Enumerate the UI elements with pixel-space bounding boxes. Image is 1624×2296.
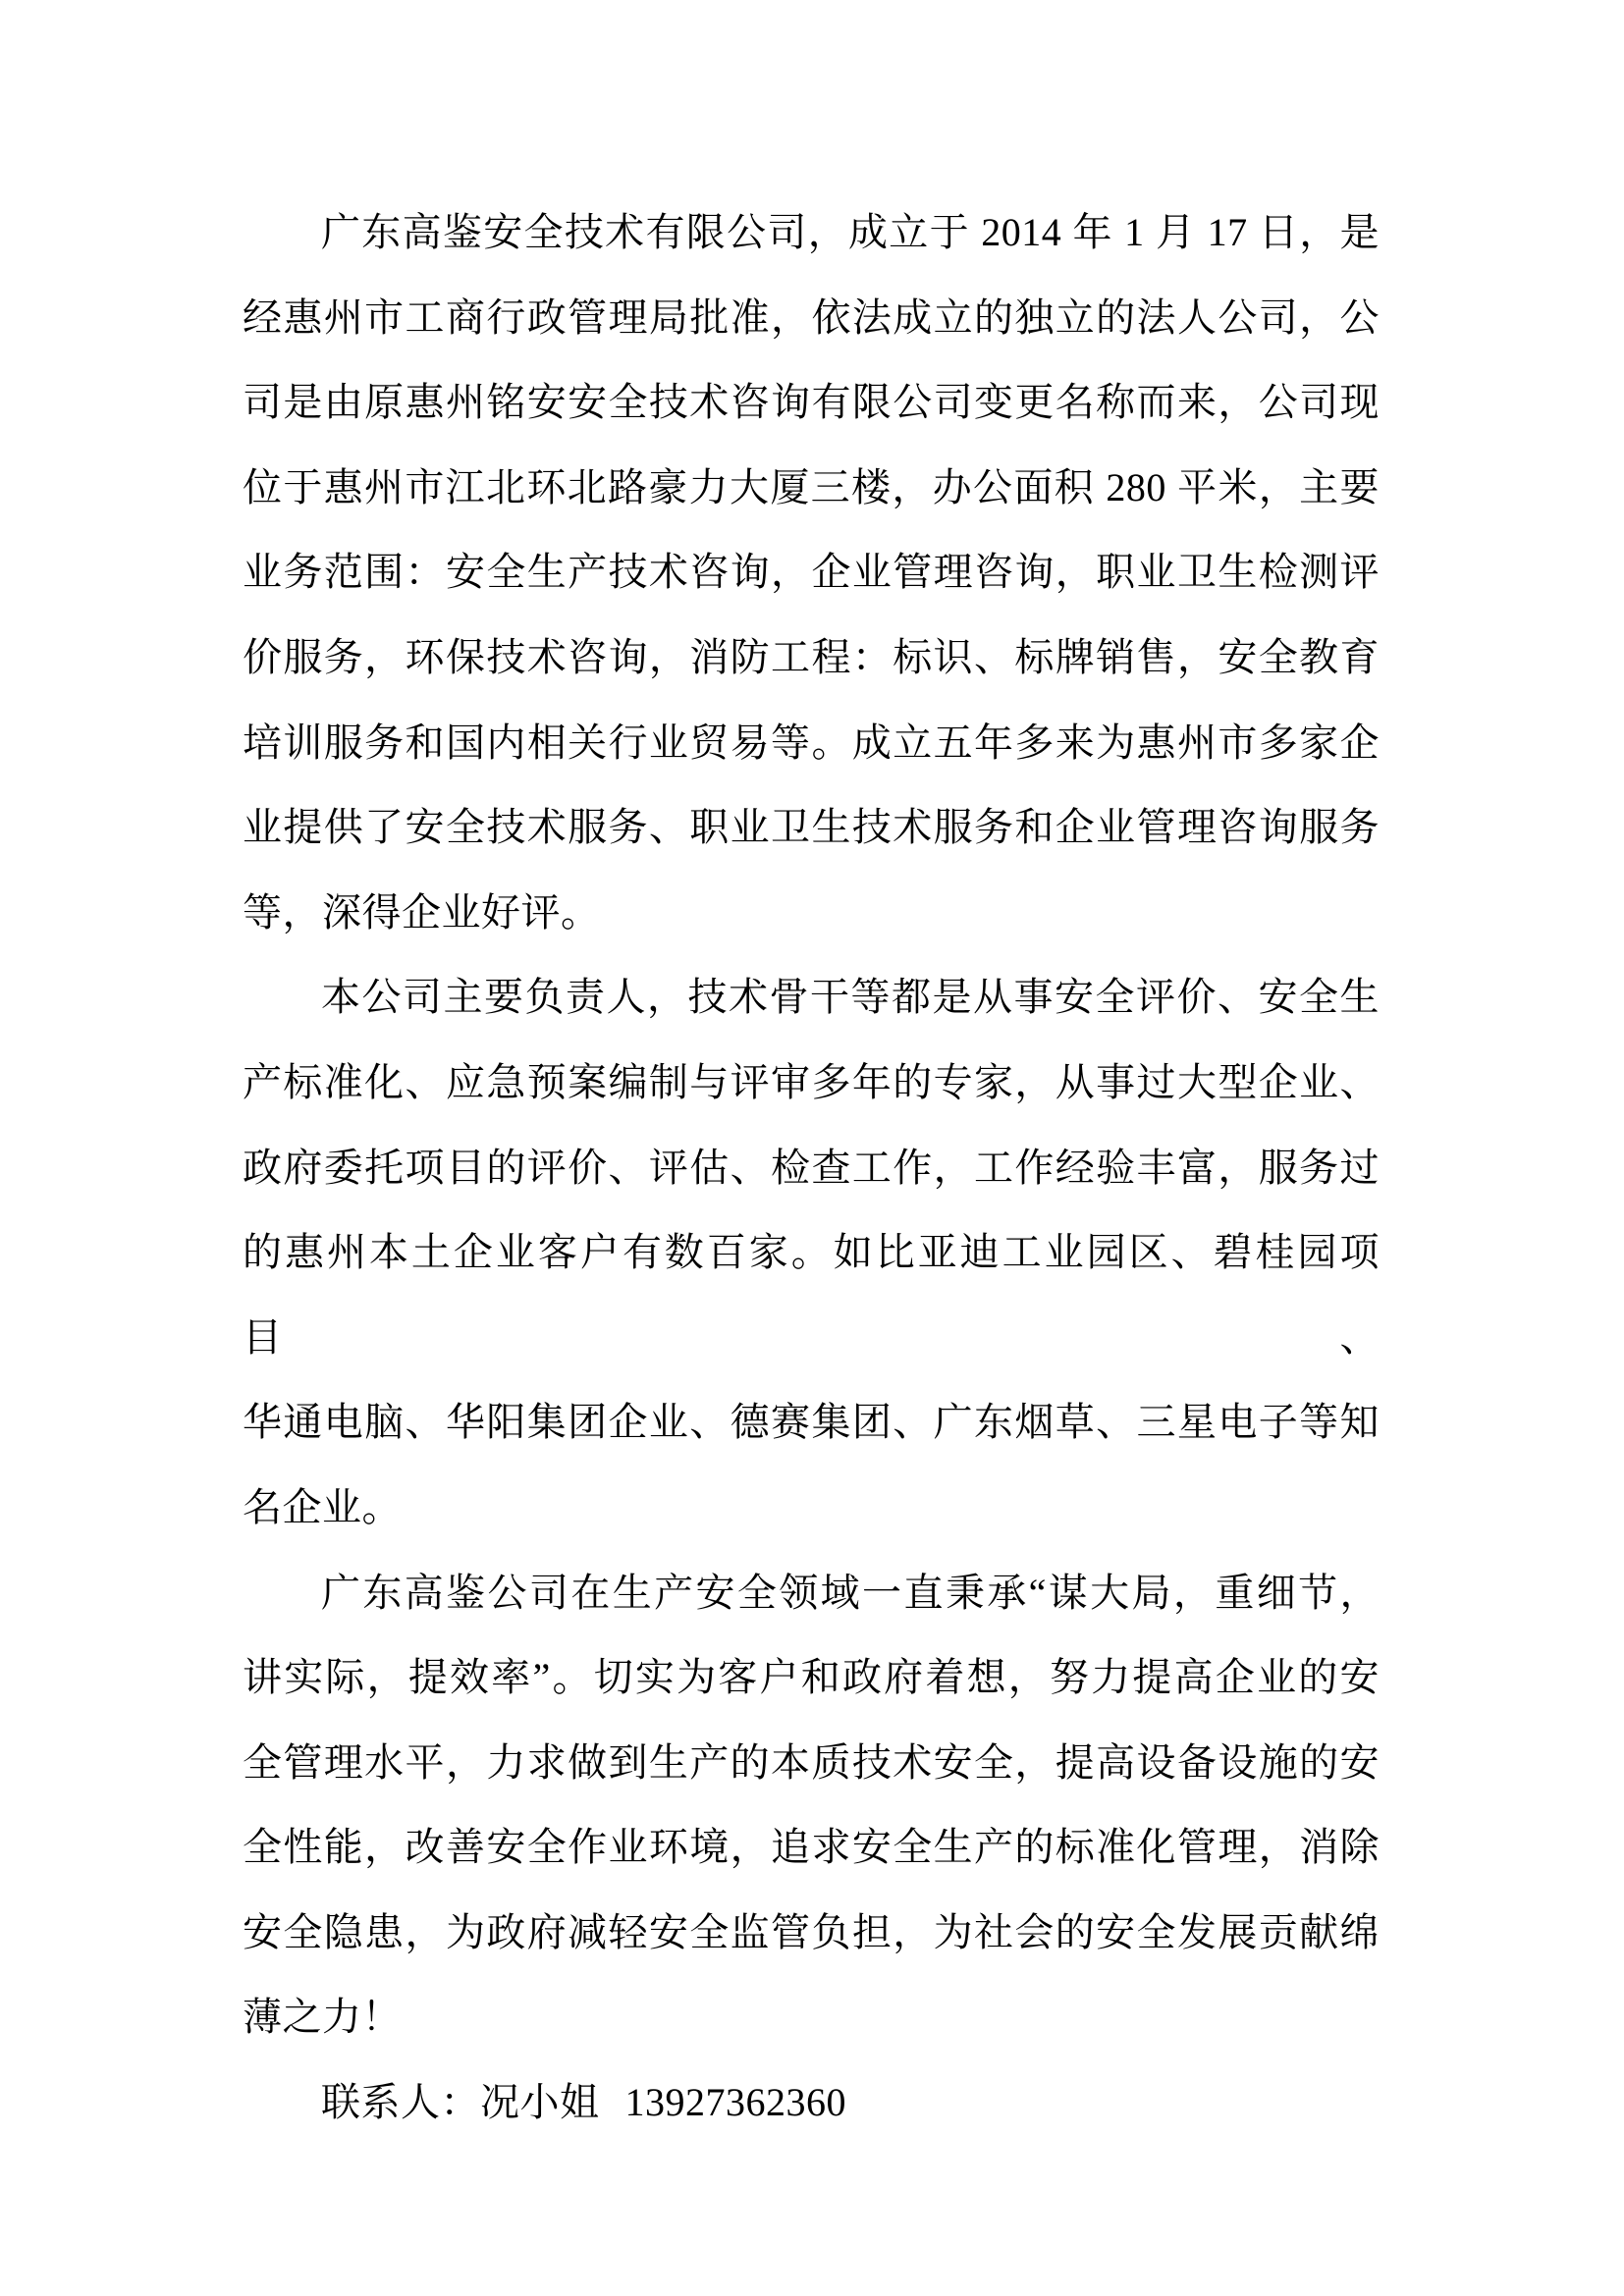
text-line: 本公司主要负责人，技术骨干等都是从事安全评价、安全生 [243, 955, 1380, 1041]
contact-name: 况小姐 [480, 2080, 600, 2124]
paragraph-company-philosophy: 广东高鉴公司在生产安全领域一直秉承“谋大局，重细节，讲实际，提效率”。切实为客户… [243, 1551, 1380, 2061]
text-line: 讲实际，提效率”。切实为客户和政府着想，努力提高企业的安 [243, 1635, 1380, 1721]
text-line: 名企业。 [243, 1466, 1380, 1551]
text-line: 价服务，环保技术咨询，消防工程：标识、标牌销售，安全教育 [243, 615, 1380, 701]
contact-paragraph: 联系人：况小姐13927362360 [243, 2060, 1380, 2146]
text-line: 薄之力！ [243, 1975, 1380, 2060]
contact-phone: 13927362360 [625, 2080, 847, 2124]
document-page: 广东高鉴安全技术有限公司，成立于 2014 年 1 月 17 日，是经惠州市工商… [0, 0, 1624, 2296]
contact-label: 联系人： [321, 2080, 480, 2124]
text-line: 全性能，改善安全作业环境，追求安全生产的标准化管理，消除 [243, 1805, 1380, 1891]
text-line: 培训服务和国内相关行业贸易等。成立五年多来为惠州市多家企 [243, 701, 1380, 786]
paragraph-team-expertise: 本公司主要负责人，技术骨干等都是从事安全评价、安全生产标准化、应急预案编制与评审… [243, 955, 1380, 1550]
text-line: 的惠州本土企业客户有数百家。如比亚迪工业园区、碧桂园项目、 [243, 1210, 1380, 1380]
text-line: 广东高鉴安全技术有限公司，成立于 2014 年 1 月 17 日，是 [243, 190, 1380, 276]
text-line: 广东高鉴公司在生产安全领域一直秉承“谋大局，重细节， [243, 1551, 1380, 1636]
text-line: 等，深得企业好评。 [243, 871, 1380, 956]
paragraph-company-overview: 广东高鉴安全技术有限公司，成立于 2014 年 1 月 17 日，是经惠州市工商… [243, 190, 1380, 955]
text-line: 司是由原惠州铭安安全技术咨询有限公司变更名称而来，公司现 [243, 360, 1380, 446]
text-line: 位于惠州市江北环北路豪力大厦三楼，办公面积 280 平米，主要 [243, 446, 1380, 531]
text-line: 产标准化、应急预案编制与评审多年的专家，从事过大型企业、 [243, 1041, 1380, 1126]
text-line: 华通电脑、华阳集团企业、德赛集团、广东烟草、三星电子等知 [243, 1380, 1380, 1466]
text-line: 业务范围：安全生产技术咨询，企业管理咨询，职业卫生检测评 [243, 530, 1380, 615]
text-line: 全管理水平，力求做到生产的本质技术安全，提高设备设施的安 [243, 1721, 1380, 1806]
text-line: 政府委托项目的评价、评估、检查工作，工作经验丰富，服务过 [243, 1126, 1380, 1211]
text-line: 业提供了安全技术服务、职业卫生技术服务和企业管理咨询服务 [243, 785, 1380, 871]
document-body: 广东高鉴安全技术有限公司，成立于 2014 年 1 月 17 日，是经惠州市工商… [243, 190, 1380, 2146]
text-line: 安全隐患，为政府减轻安全监管负担，为社会的安全发展贡献绵 [243, 1891, 1380, 1976]
text-line: 经惠州市工商行政管理局批准，依法成立的独立的法人公司，公 [243, 276, 1380, 361]
